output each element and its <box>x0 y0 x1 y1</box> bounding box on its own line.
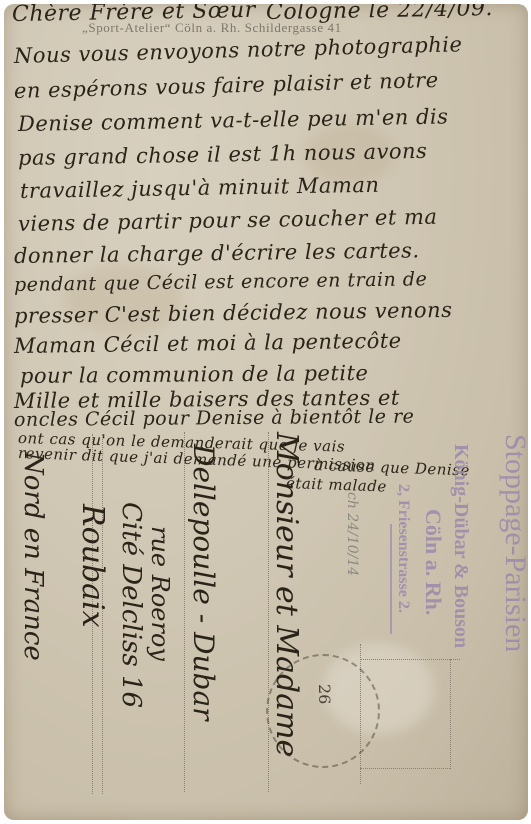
postmark-text: 26 <box>315 684 334 704</box>
stamp-line: Cöln a. Rh. <box>420 509 446 615</box>
postmark <box>266 654 380 768</box>
stamp-line: 2, Friesenstrasse 2. <box>394 484 412 613</box>
stamp-box-line <box>360 768 450 769</box>
letter-line: viens de partir pour se coucher et ma <box>18 205 438 236</box>
letter-line: oncles Cécil pour Denise à bientôt le re <box>14 406 415 431</box>
letter-line: pendant que Cécil est encore en train de <box>14 268 428 296</box>
letter-line: donner la charge d'écrire les cartes. <box>14 238 420 268</box>
address-name: Dellepoulle - Dubar <box>187 444 220 721</box>
letter-line: travaillez jusqu'à minuit Maman <box>20 173 380 203</box>
postcard: Chère Frère et Sœur Cologne le 22/4/09. … <box>4 4 528 820</box>
address-cite: Cité Delcliss 16 <box>116 502 146 708</box>
letter-line: Maman Cécil et moi à la pentecôte <box>14 329 402 358</box>
address-city: Roubaix <box>75 504 110 628</box>
letter-line: Denise comment va-t-elle peu m'en dis <box>18 104 449 136</box>
address-country: Nord en France <box>18 452 48 661</box>
stamp-line: König-Dübar & Bouson <box>449 444 472 648</box>
printed-imprint: „Sport-Atelier“ Cöln a. Rh. Schildergass… <box>82 20 342 36</box>
stamp-line: Stoppage-Parisien <box>498 434 528 652</box>
letter-line: en espérons vous faire plaisir et notre <box>14 68 439 103</box>
address-street: rue Roeroy <box>146 526 174 661</box>
stamp-box-line <box>360 659 460 660</box>
stamp-rule <box>390 524 392 634</box>
letter-line: presser C'est bien décidez nous venons <box>14 298 453 328</box>
letter-line: Nous vous envoyons notre photographie <box>14 32 463 68</box>
stamp-box-line <box>450 659 451 769</box>
address-guide-line <box>184 432 185 792</box>
letter-line: pour la communion de la petite <box>20 361 369 388</box>
pencil-note: ch 24/10/14 <box>344 492 360 576</box>
